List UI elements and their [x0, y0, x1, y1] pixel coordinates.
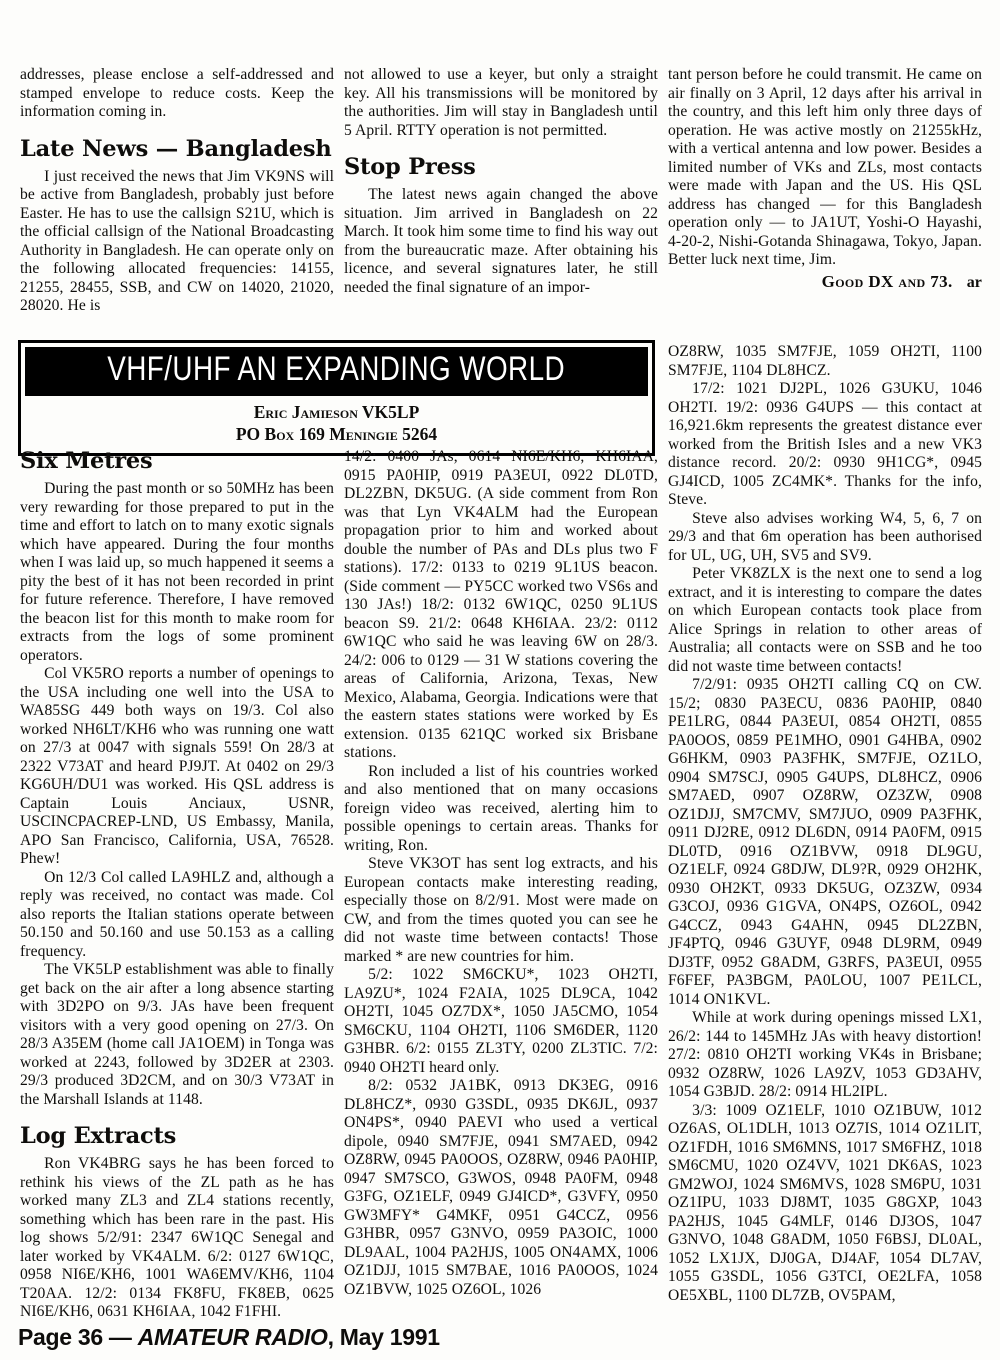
log-extracts-body: Ron VK4BRG says he has been forced to re…: [20, 1155, 334, 1322]
paragraph: On 12/3 Col called LA9HLZ and, although …: [20, 869, 334, 962]
paragraph: Peter VK8ZLX is the next one to send a l…: [668, 565, 982, 676]
paragraph: While at work during openings missed LX1…: [668, 1009, 982, 1102]
signoff-initials: ar: [953, 274, 982, 291]
paragraph: not allowed to use a keyer, but only a s…: [344, 66, 658, 140]
byline-address: PO Box 169 Meningie 5264: [21, 424, 652, 446]
paragraph: Ron VK4BRG says he has been forced to re…: [20, 1155, 334, 1322]
late-news-heading: Late News — Bangladesh: [20, 136, 334, 162]
page-number: Page 36 —: [18, 1324, 138, 1350]
stop-press-heading: Stop Press: [344, 154, 658, 180]
article-banner: VHF/UHF AN EXPANDING WORLD Eric Jamieson…: [18, 340, 655, 456]
paragraph: 3/3: 1009 OZ1ELF, 1010 OZ1BUW, 1012 OZ6A…: [668, 1102, 982, 1306]
article-title-bar: VHF/UHF AN EXPANDING WORLD: [25, 347, 648, 396]
paragraph: tant person before he could transmit. He…: [668, 66, 982, 270]
magazine-page: addresses, please enclose a self-address…: [0, 0, 1000, 1360]
paragraph: 14/2: 0400 JAs, 0614 NI6E/KH6, KH6IAA, 0…: [344, 448, 658, 763]
log-extracts-heading: Log Extracts: [20, 1123, 334, 1149]
paragraph: During the past month or so 50MHz has be…: [20, 480, 334, 665]
six-metres-body: During the past month or so 50MHz has be…: [20, 480, 334, 1109]
page-footer: Page 36 — AMATEUR RADIO, May 1991: [18, 1324, 440, 1351]
article-column-middle: 14/2: 0400 JAs, 0614 NI6E/KH6, KH6IAA, 0…: [344, 448, 658, 1299]
magazine-title: AMATEUR RADIO: [138, 1324, 328, 1350]
paragraph: 17/2: 1021 DJ2PL, 1026 G3UKU, 1046 OH2TI…: [668, 380, 982, 510]
paragraph: 8/2: 0532 JA1BK, 0913 DK3EG, 0916 DL8HCZ…: [344, 1077, 658, 1299]
paragraph: I just received the news that Jim VK9NS …: [20, 168, 334, 316]
paragraph: OZ8RW, 1035 SM7FJE, 1059 OH2TI, 1100 SM7…: [668, 343, 982, 380]
paragraph: addresses, please enclose a self-address…: [20, 66, 334, 122]
six-metres-heading: Six Metres: [20, 448, 334, 474]
top-column-middle: not allowed to use a keyer, but only a s…: [344, 66, 658, 297]
article-byline: Eric Jamieson VK5LP PO Box 169 Meningie …: [21, 396, 652, 453]
article-title: VHF/UHF AN EXPANDING WORLD: [108, 350, 566, 389]
paragraph: The VK5LP establishment was able to fina…: [20, 961, 334, 1109]
paragraph: 7/2/91: 0935 OH2TI calling CQ on CW. 15/…: [668, 676, 982, 1009]
paragraph: Steve also advises working W4, 5, 6, 7 o…: [668, 510, 982, 566]
article-column-left: Six Metres During the past month or so 5…: [20, 448, 334, 1322]
paragraph: Steve VK3OT has sent log extracts, and h…: [344, 855, 658, 966]
byline-author: Eric Jamieson VK5LP: [21, 402, 652, 424]
top-column-left: addresses, please enclose a self-address…: [20, 66, 334, 316]
signoff: Good DX and 73.ar: [668, 273, 982, 293]
paragraph: The latest news again changed the above …: [344, 186, 658, 297]
paragraph: Ron included a list of his countries wor…: [344, 763, 658, 856]
signoff-text: Good DX and 73.: [822, 272, 953, 291]
article-column-right: OZ8RW, 1035 SM7FJE, 1059 OH2TI, 1100 SM7…: [668, 343, 982, 1305]
issue-date: , May 1991: [328, 1324, 440, 1350]
paragraph: 5/2: 1022 SM6CKU*, 1023 OH2TI, LA9ZU*, 1…: [344, 966, 658, 1077]
paragraph: Col VK5RO reports a number of openings t…: [20, 665, 334, 869]
top-column-right: tant person before he could transmit. He…: [668, 66, 982, 292]
